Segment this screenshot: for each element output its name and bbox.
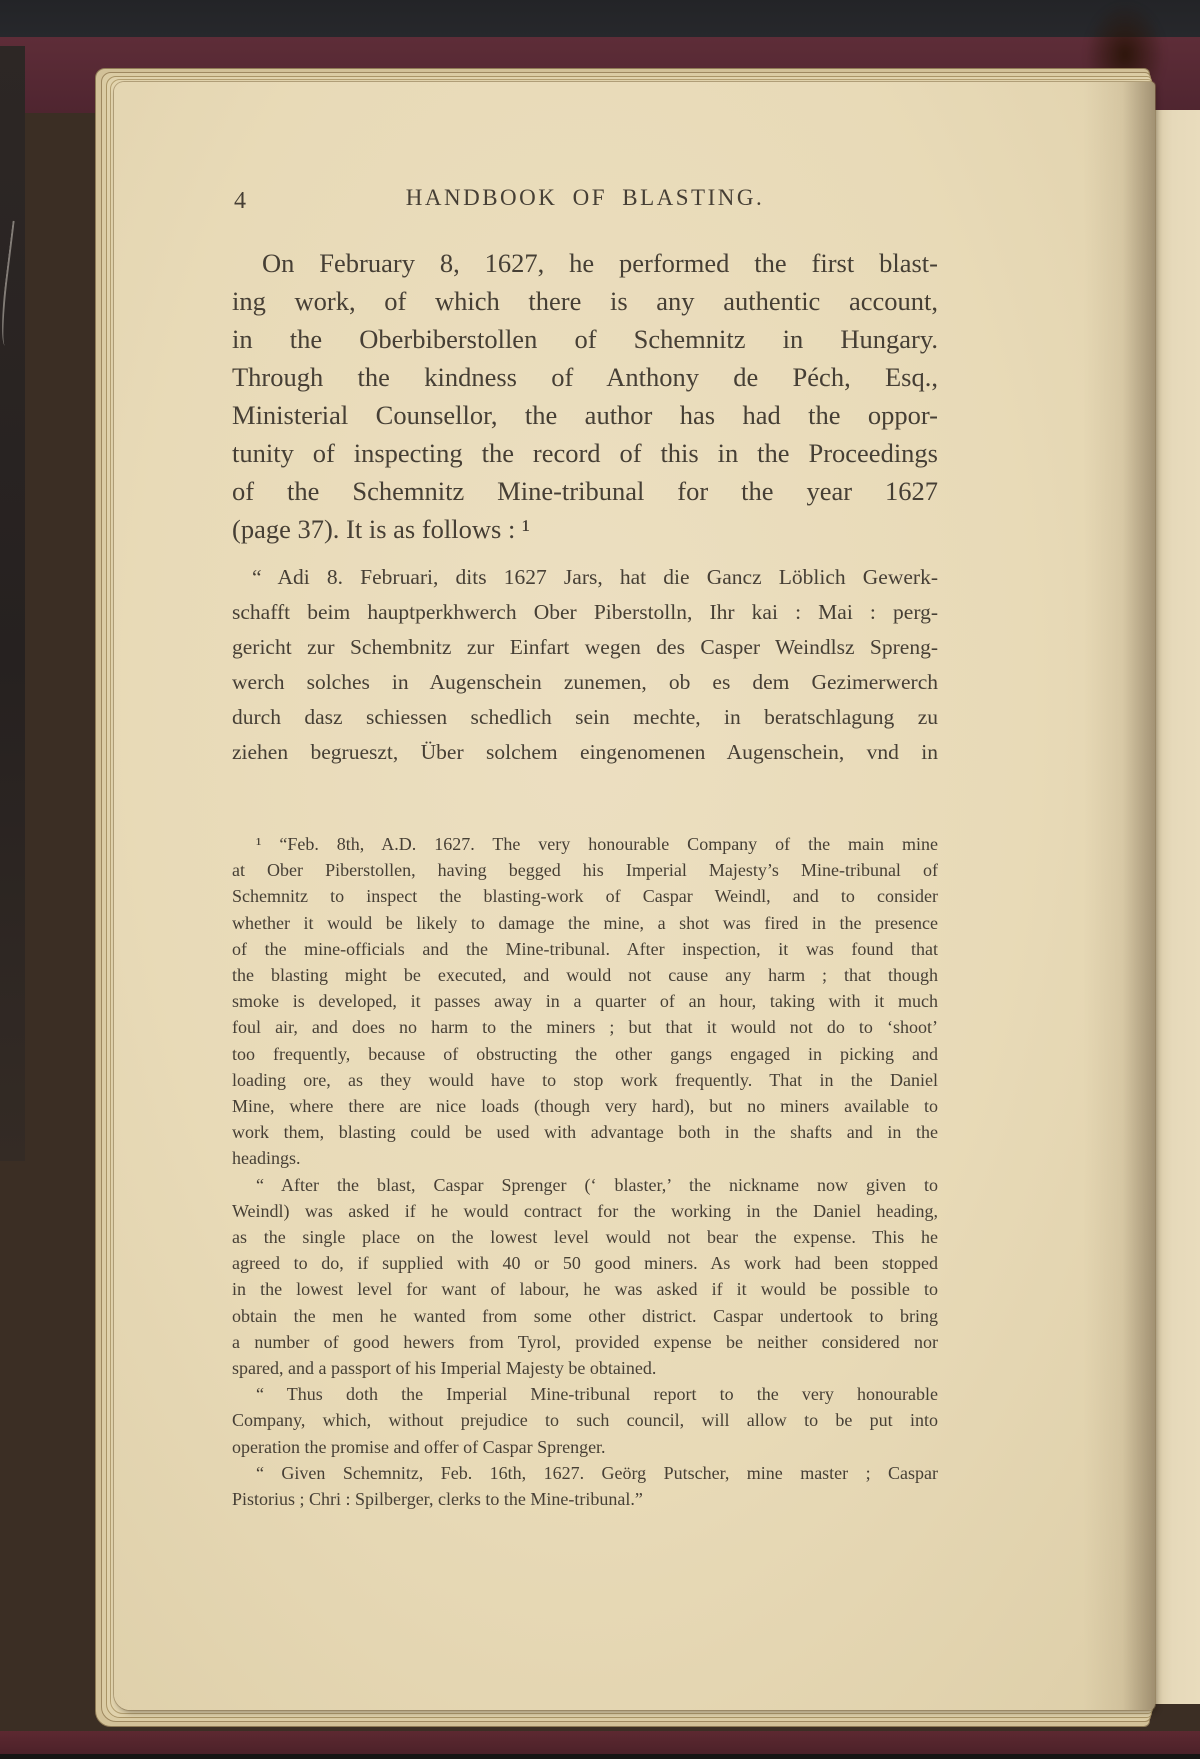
text-line: headings. bbox=[232, 1145, 938, 1171]
paragraph: ¹ “Feb. 8th, A.D. 1627. The very honoura… bbox=[232, 831, 938, 1172]
text-line: in the Oberbiberstollen of Schemnitz in … bbox=[232, 320, 938, 358]
text-line: “ Given Schemnitz, Feb. 16th, 1627. Geör… bbox=[232, 1460, 938, 1486]
text-line: spared, and a passport of his Imperial M… bbox=[232, 1355, 938, 1381]
paragraph: “ Adi 8. Februari, dits 1627 Jars, hat d… bbox=[232, 560, 938, 770]
text-line: Ministerial Counsellor, the author has h… bbox=[232, 396, 938, 434]
text-line: Mine, where there are nice loads (though… bbox=[232, 1093, 938, 1119]
german-quote: “ Adi 8. Februari, dits 1627 Jars, hat d… bbox=[232, 560, 938, 770]
text-line: On February 8, 1627, he performed the fi… bbox=[232, 244, 938, 282]
paragraph: “ Thus doth the Imperial Mine-tribunal r… bbox=[232, 1381, 938, 1460]
text-line: work them, blasting could be used with a… bbox=[232, 1119, 938, 1145]
text-line: ¹ “Feb. 8th, A.D. 1627. The very honoura… bbox=[232, 831, 938, 857]
text-line: of the mine-officials and the Mine-tribu… bbox=[232, 936, 938, 962]
text-line: “ Thus doth the Imperial Mine-tribunal r… bbox=[232, 1381, 938, 1407]
page-number: 4 bbox=[234, 188, 246, 215]
paragraph: On February 8, 1627, he performed the fi… bbox=[232, 244, 938, 548]
text-line: Weindl) was asked if he would contract f… bbox=[232, 1198, 938, 1224]
text-line: ing work, of which there is any authenti… bbox=[232, 282, 938, 320]
text-line: Schemnitz to inspect the blasting-work o… bbox=[232, 883, 938, 909]
text-line: werch solches in Augenschein zunemen, ob… bbox=[232, 665, 938, 700]
text-line: schafft beim hauptperkhwerch Ober Pibers… bbox=[232, 595, 938, 630]
text-line: smoke is developed, it passes away in a … bbox=[232, 988, 938, 1014]
text-line: Pistorius ; Chri : Spilberger, clerks to… bbox=[232, 1486, 938, 1512]
page-header: 4 HANDBOOK OF BLASTING. bbox=[232, 185, 938, 219]
binding-cloth-bottom bbox=[0, 1731, 1200, 1754]
footnote: ¹ “Feb. 8th, A.D. 1627. The very honoura… bbox=[232, 831, 938, 1512]
running-title: HANDBOOK OF BLASTING. bbox=[232, 185, 938, 211]
facing-page-edge bbox=[1150, 110, 1200, 1704]
text-line: “ After the blast, Caspar Sprenger (‘ bl… bbox=[232, 1172, 938, 1198]
text-column: 4 HANDBOOK OF BLASTING. On February 8, 1… bbox=[232, 82, 938, 1512]
book-board-top bbox=[0, 0, 1200, 37]
paragraph: “ After the blast, Caspar Sprenger (‘ bl… bbox=[232, 1172, 938, 1382]
text-line: tunity of inspecting the record of this … bbox=[232, 434, 938, 472]
text-line: obtain the men he wanted from some other… bbox=[232, 1303, 938, 1329]
text-line: as the single place on the lowest level … bbox=[232, 1224, 938, 1250]
main-text: On February 8, 1627, he performed the fi… bbox=[232, 244, 938, 548]
text-line: ziehen begrueszt, Über solchem eingenome… bbox=[232, 735, 938, 770]
book-page: 4 HANDBOOK OF BLASTING. On February 8, 1… bbox=[114, 82, 1155, 1710]
book-cover-edge bbox=[0, 46, 25, 1161]
book-board-bottom bbox=[0, 1754, 1200, 1759]
text-line: foul air, and does no harm to the miners… bbox=[232, 1014, 938, 1040]
text-line: “ Adi 8. Februari, dits 1627 Jars, hat d… bbox=[232, 560, 938, 595]
text-line: gericht zur Schembnitz zur Einfart wegen… bbox=[232, 630, 938, 665]
text-line: Company, which, without prejudice to suc… bbox=[232, 1407, 938, 1433]
text-line: in the lowest level for want of labour, … bbox=[232, 1276, 938, 1302]
text-line: loading ore, as they would have to stop … bbox=[232, 1067, 938, 1093]
text-line: at Ober Piberstollen, having begged his … bbox=[232, 857, 938, 883]
text-line: a number of good hewers from Tyrol, prov… bbox=[232, 1329, 938, 1355]
text-line: Through the kindness of Anthony de Péch,… bbox=[232, 358, 938, 396]
text-line: durch dasz schiessen schedlich sein mech… bbox=[232, 700, 938, 735]
text-line: whether it would be likely to damage the… bbox=[232, 910, 938, 936]
cover-scratch bbox=[0, 221, 27, 347]
text-line: of the Schemnitz Mine-tribunal for the y… bbox=[232, 472, 938, 510]
text-line: too frequently, because of obstructing t… bbox=[232, 1041, 938, 1067]
text-line: agreed to do, if supplied with 40 or 50 … bbox=[232, 1250, 938, 1276]
text-line: the blasting might be executed, and woul… bbox=[232, 962, 938, 988]
text-line: (page 37). It is as follows : ¹ bbox=[232, 510, 938, 548]
text-line: operation the promise and offer of Caspa… bbox=[232, 1434, 938, 1460]
paragraph: “ Given Schemnitz, Feb. 16th, 1627. Geör… bbox=[232, 1460, 938, 1512]
